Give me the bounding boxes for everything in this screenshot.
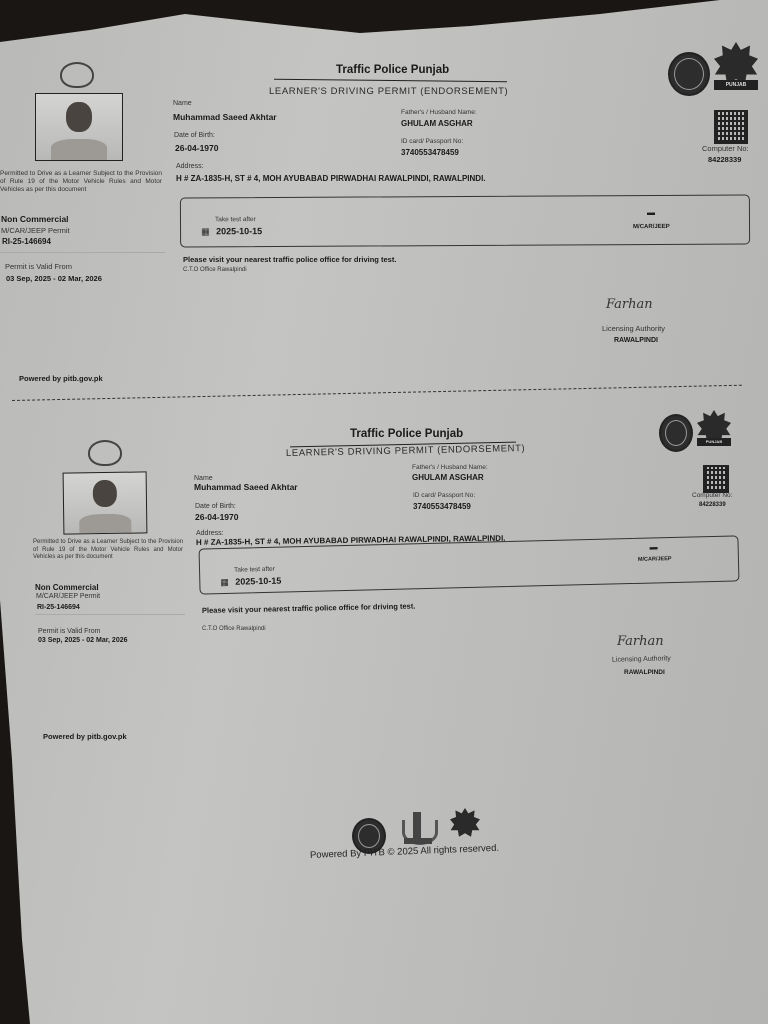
- test-label: Take test after: [234, 566, 275, 574]
- left-divider: [35, 614, 185, 615]
- name-value: Muhammad Saeed Akhtar: [173, 112, 277, 122]
- computer-no-value: 84228339: [708, 155, 741, 164]
- id-value: 3740553478459: [401, 148, 459, 157]
- calendar-icon: ▦: [220, 577, 229, 588]
- car-icon: ▬: [647, 208, 655, 217]
- calendar-icon: ▦: [201, 226, 210, 237]
- father-label: Father's / Husband Name:: [401, 109, 477, 116]
- vehicle-class: M/CAR/JEEP: [638, 556, 672, 563]
- punjab-govt-crest-icon: [88, 440, 122, 466]
- validity-value: 03 Sep, 2025 - 02 Mar, 2026: [38, 637, 128, 644]
- dob-value: 26-04-1970: [195, 512, 238, 522]
- cut-line: [12, 385, 742, 401]
- office-name: C.T.O Office Rawalpindi: [202, 626, 266, 632]
- car-icon: ▬: [650, 542, 658, 551]
- name-value: Muhammad Saeed Akhtar: [194, 482, 298, 492]
- id-label: ID card/ Passport No:: [401, 138, 463, 145]
- permit-number: RI-25-146694: [37, 604, 80, 611]
- punjab-govt-crest-icon: [60, 62, 94, 88]
- left-divider: [0, 252, 165, 253]
- computer-no-label: Computer No:: [692, 492, 732, 499]
- org-title: Traffic Police Punjab: [350, 428, 463, 440]
- qr-code[interactable]: [714, 110, 748, 144]
- doc-title: LEARNER'S DRIVING PERMIT (ENDORSEMENT): [269, 86, 508, 97]
- applicant-photo: [63, 471, 148, 534]
- permission-note: Permitted to Drive as a Learner Subject …: [0, 170, 162, 194]
- authority-signature: Farhan: [606, 297, 653, 312]
- validity-label: Permit is Valid From: [5, 262, 72, 271]
- address-label: Address:: [176, 163, 204, 170]
- computer-no-value: 84228339: [699, 502, 726, 508]
- father-label: Father's / Husband Name:: [412, 464, 488, 471]
- title-underline: [274, 79, 507, 82]
- test-label: Take test after: [215, 216, 256, 223]
- test-date-box: Take test after ▦ 2025-10-15 ▬ M/CAR/JEE…: [180, 195, 750, 248]
- permit-type: M/CAR/JEEP Permit: [1, 226, 70, 235]
- permit-category: Non Commercial: [35, 583, 99, 592]
- copyright-text: Powered By PITB © 2025 All rights reserv…: [310, 843, 499, 861]
- dob-value: 26-04-1970: [175, 143, 218, 153]
- powered-by: Powered by pitb.gov.pk: [43, 732, 127, 741]
- name-label: Name: [173, 100, 192, 107]
- punjab-police-emblem-icon: [659, 414, 693, 452]
- id-value: 3740553478459: [413, 502, 471, 511]
- father-value: GHULAM ASGHAR: [401, 119, 473, 128]
- permit-category: Non Commercial: [1, 214, 69, 224]
- computer-no-label: Computer No:: [702, 144, 749, 153]
- powered-by: Powered by pitb.gov.pk: [19, 374, 103, 383]
- address-value: H # ZA-1835-H, ST # 4, MOH AYUBABAD PIRW…: [176, 174, 486, 183]
- authority-city: RAWALPINDI: [614, 337, 658, 344]
- punjab-badge-text: PUNJAB: [714, 80, 758, 90]
- vehicle-class: M/CAR/JEEP: [633, 224, 670, 230]
- permit-type: M/CAR/JEEP Permit: [36, 593, 100, 600]
- validity-value: 03 Sep, 2025 - 02 Mar, 2026: [6, 274, 102, 283]
- test-instruction: Please visit your nearest traffic police…: [202, 602, 416, 615]
- office-name: C.T.O Office Rawalpindi: [183, 267, 247, 273]
- permit-number: RI-25-146694: [2, 237, 51, 246]
- validity-label: Permit is Valid From: [38, 628, 101, 635]
- traffic-police-star-icon: [450, 808, 480, 838]
- permission-note: Permitted to Drive as a Learner Subject …: [33, 539, 183, 562]
- dob-label: Date of Birth:: [195, 503, 236, 510]
- dob-label: Date of Birth:: [174, 132, 215, 139]
- father-value: GHULAM ASGHAR: [412, 473, 484, 482]
- applicant-photo: [35, 93, 123, 161]
- org-title: Traffic Police Punjab: [336, 64, 449, 76]
- qr-code[interactable]: [703, 465, 729, 493]
- authority-signature: Farhan: [617, 634, 664, 649]
- punjab-badge-text: PUNJAB: [697, 438, 731, 446]
- name-label: Name: [194, 475, 213, 482]
- address-label: Address:: [196, 530, 224, 537]
- authority-city: RAWALPINDI: [624, 669, 665, 676]
- punjab-police-emblem-icon: [668, 52, 710, 96]
- test-date: 2025-10-15: [235, 576, 281, 587]
- paper-document: Traffic Police Punjab LEARNER'S DRIVING …: [0, 0, 768, 1024]
- authority-title: Licensing Authority: [602, 324, 665, 333]
- pitb-logo-icon: [400, 812, 436, 846]
- id-label: ID card/ Passport No:: [413, 492, 475, 499]
- test-date: 2025-10-15: [216, 226, 262, 236]
- test-instruction: Please visit your nearest traffic police…: [183, 255, 396, 264]
- authority-title: Licensing Authority: [612, 655, 671, 664]
